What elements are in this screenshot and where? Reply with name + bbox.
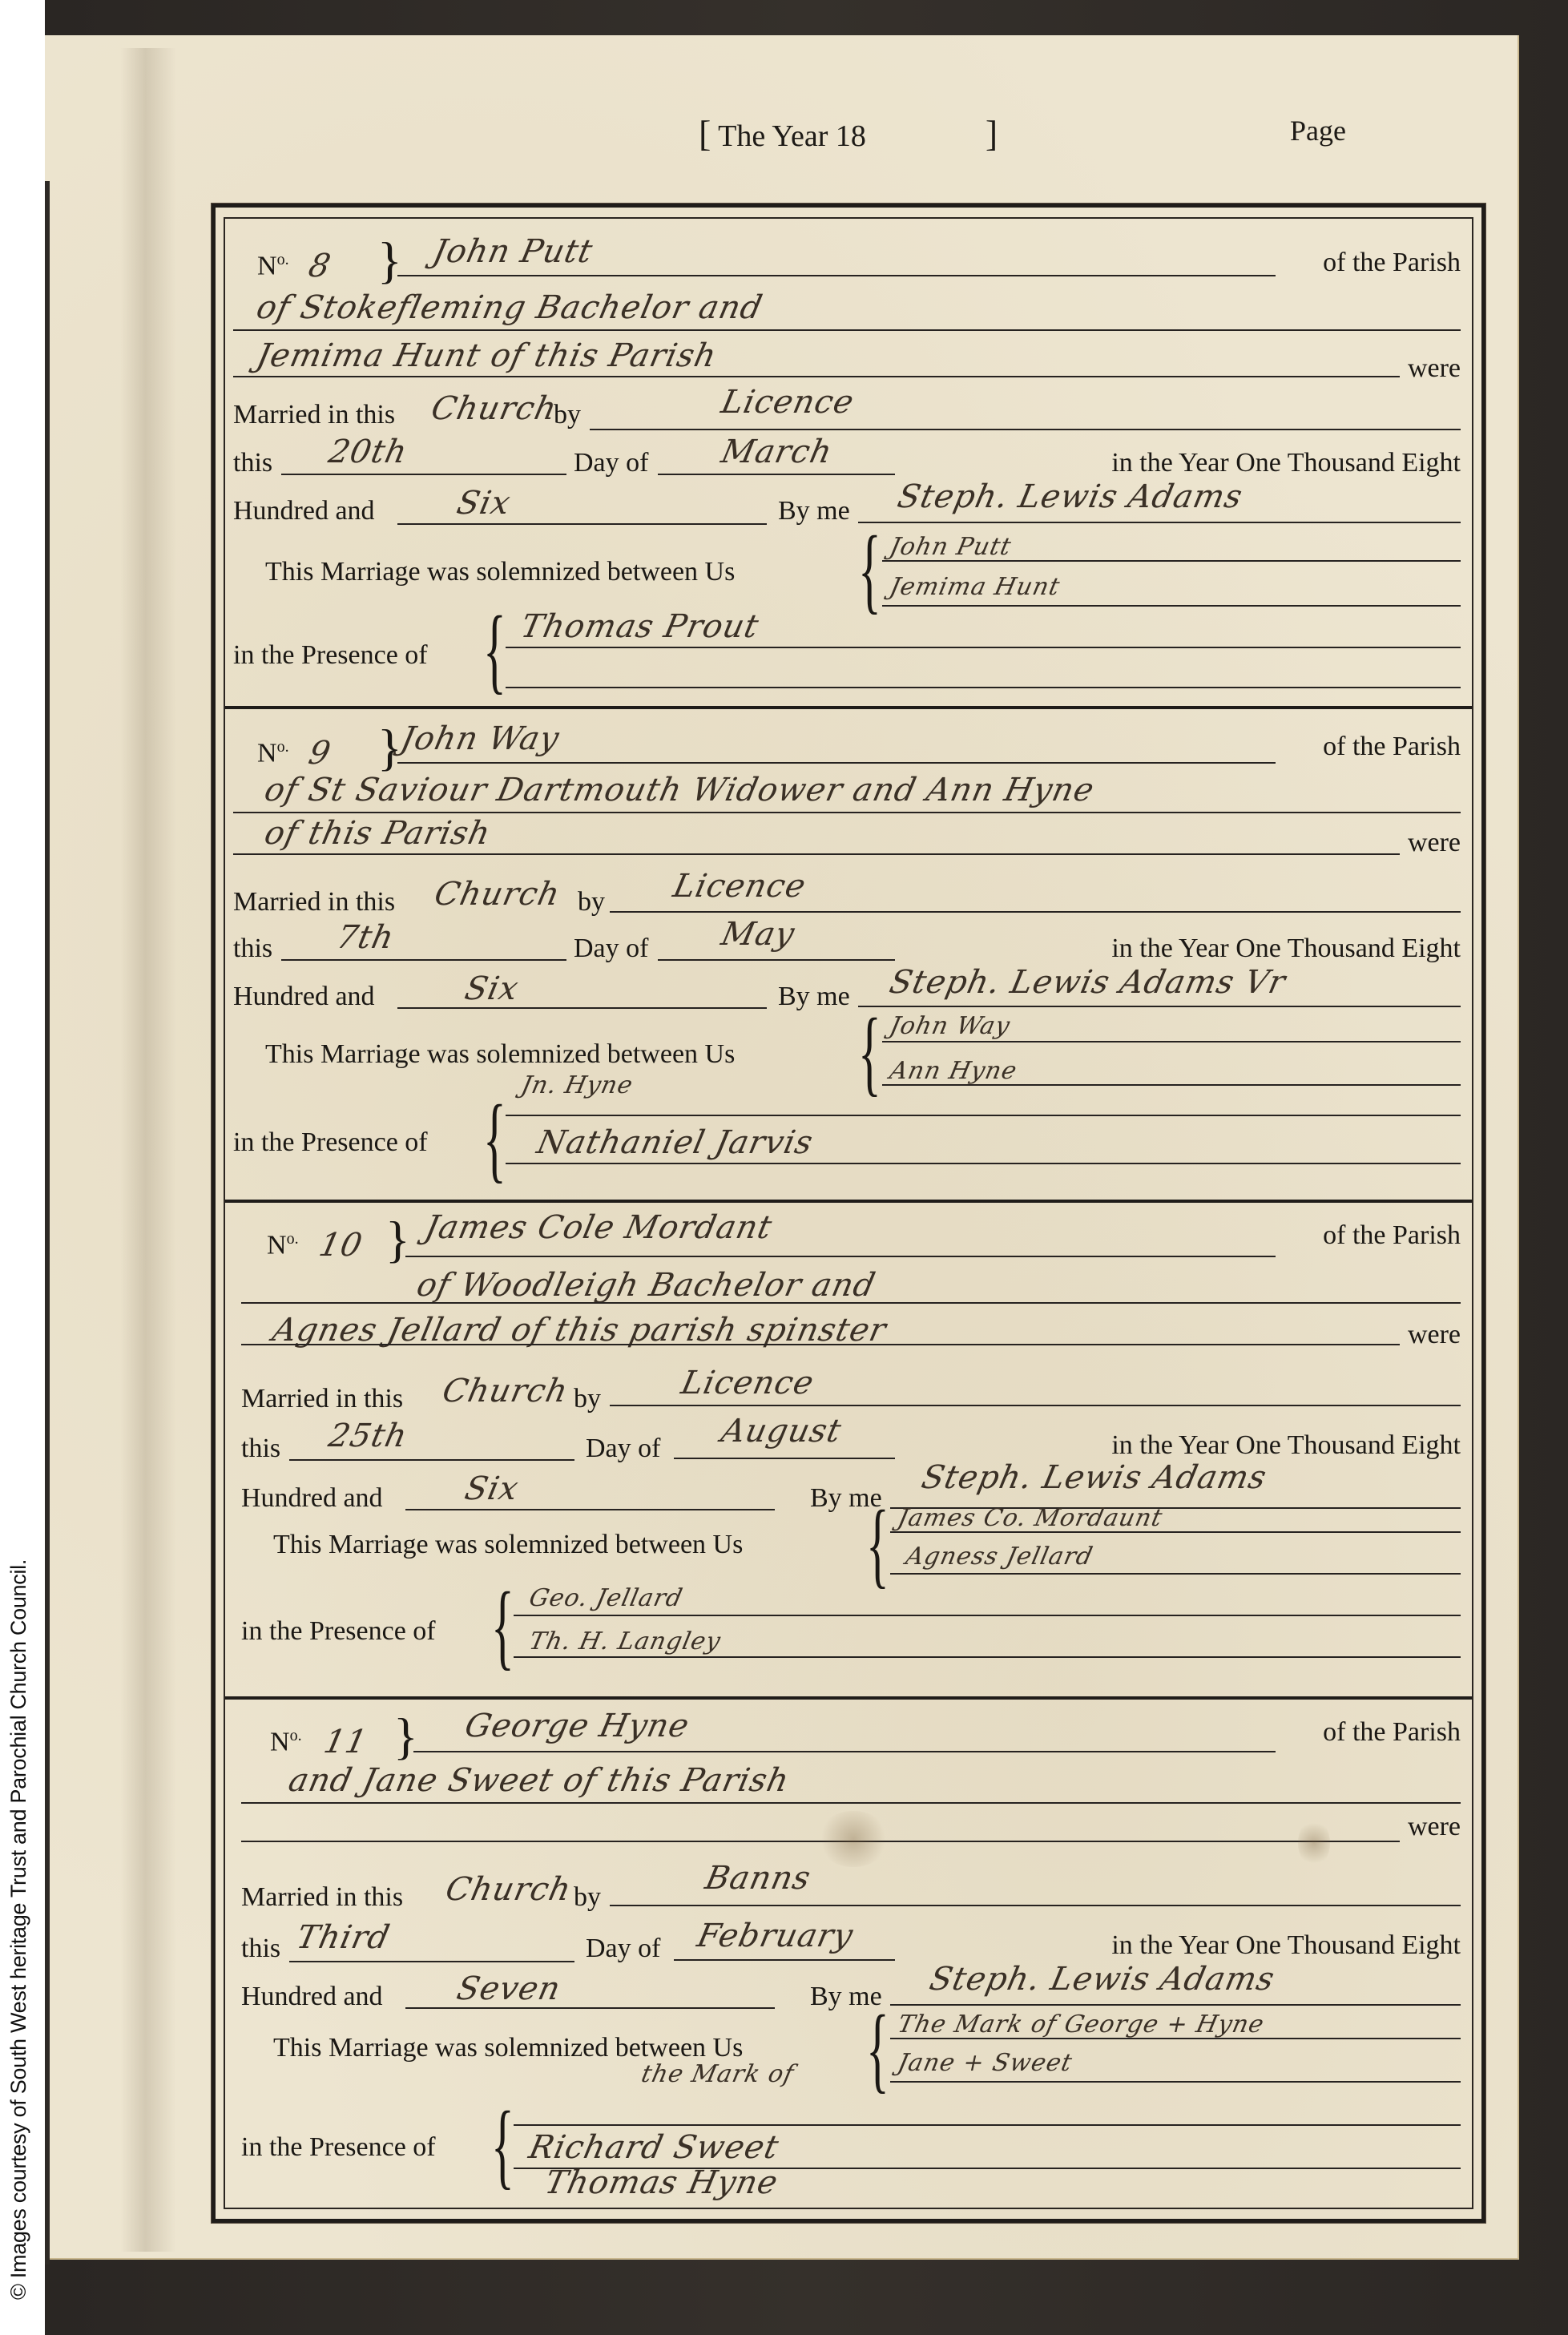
image-credit: © Images courtesy of South West heritage… xyxy=(6,1559,31,2300)
this-label: this xyxy=(233,934,272,964)
groom-name: John Putt xyxy=(429,233,596,270)
year-label: in the Year One Thousand Eight xyxy=(1111,1430,1461,1461)
solemnized-label: This Marriage was solemnized between Us xyxy=(265,557,735,587)
hundred-and-label: Hundred and xyxy=(241,1982,383,2012)
hundred-and-label: Hundred and xyxy=(233,982,375,1012)
signature-2: Jane + Sweet xyxy=(895,2049,1074,2077)
brace: } xyxy=(393,1711,418,1762)
this-label: this xyxy=(233,448,272,478)
entry-line-3: of this Parish xyxy=(261,815,494,852)
day-of-label: Day of xyxy=(574,934,648,964)
brace: { xyxy=(483,602,506,698)
witness-1: Geo. Jellard xyxy=(526,1584,685,1612)
presence-label: in the Presence of xyxy=(241,2132,436,2163)
by-label: by xyxy=(554,400,581,430)
this-label: this xyxy=(241,1434,280,1464)
by-label: by xyxy=(574,1384,601,1414)
close-bracket: ] xyxy=(986,113,998,154)
brace: { xyxy=(858,1004,881,1100)
by-method: Licence xyxy=(678,1365,817,1401)
entry-number-label: No. xyxy=(270,1727,302,1757)
by-me-label: By me xyxy=(778,496,850,526)
place: Church xyxy=(431,876,563,913)
groom-name: John Way xyxy=(397,720,562,757)
header-year: [ The Year 18 ] xyxy=(699,112,998,155)
were-label: were xyxy=(1408,1812,1461,1842)
day-of-label: Day of xyxy=(586,1434,660,1464)
officiant: Steph. Lewis Adams Vr xyxy=(886,964,1289,1001)
solemnized-label: This Marriage was solemnized between Us xyxy=(265,1039,735,1070)
entry-number-label: No. xyxy=(257,738,289,768)
brace: { xyxy=(866,1496,889,1592)
by-me-label: By me xyxy=(778,982,850,1012)
of-the-parish-label: of the Parish xyxy=(1323,1220,1461,1251)
ink-stain xyxy=(817,1811,889,1867)
presence-label: in the Presence of xyxy=(233,1127,428,1158)
signature-1: The Mark of George + Hyne xyxy=(895,2010,1267,2039)
by-label: by xyxy=(578,887,605,917)
place: Church xyxy=(442,1871,574,1908)
groom-name: George Hyne xyxy=(462,1708,693,1744)
left-page-edge xyxy=(45,181,50,2264)
month: August xyxy=(718,1413,844,1450)
entry-number: 11 xyxy=(320,1724,371,1760)
signature-1: John Way xyxy=(887,1012,1013,1040)
officiant: Steph. Lewis Adams xyxy=(926,1961,1278,1998)
year-label: The Year 18 xyxy=(718,119,866,153)
brace: } xyxy=(377,235,402,286)
open-bracket: [ xyxy=(699,113,711,154)
signature-1: John Putt xyxy=(887,533,1014,561)
groom-name: James Cole Mordant xyxy=(421,1209,776,1246)
entry-number-label: No. xyxy=(257,251,289,281)
year-suffix: Six xyxy=(462,970,522,1007)
marriage-entry: No. 10 } James Cole Mordant of the Paris… xyxy=(225,1203,1472,1700)
day: 7th xyxy=(333,919,397,956)
by-label: by xyxy=(574,1882,601,1913)
entry-number-label: No. xyxy=(267,1230,299,1260)
register-frame: No. 8 } John Putt of the Parish of Stoke… xyxy=(212,204,1485,2223)
solemnized-label: This Marriage was solemnized between Us xyxy=(273,1530,743,1560)
brace: } xyxy=(385,1214,410,1265)
witness-1: Thomas Prout xyxy=(518,608,762,645)
entry-line-2: of Stokefleming Bachelor and xyxy=(253,289,766,326)
presence-label: in the Presence of xyxy=(233,640,428,671)
were-label: were xyxy=(1408,1320,1461,1350)
this-label: this xyxy=(241,1934,280,1964)
witness-2: Th. H. Langley xyxy=(526,1627,724,1655)
year-label: in the Year One Thousand Eight xyxy=(1111,1930,1461,1961)
day: 25th xyxy=(325,1418,411,1454)
entry-line-2: of St Saviour Dartmouth Widower and Ann … xyxy=(261,772,1098,809)
married-in-this-label: Married in this xyxy=(241,1882,403,1913)
day: 20th xyxy=(325,434,411,470)
year-suffix: Six xyxy=(462,1470,522,1507)
officiant: Steph. Lewis Adams xyxy=(918,1459,1270,1496)
of-the-parish-label: of the Parish xyxy=(1323,1717,1461,1748)
entry-line-2: of Woodleigh Bachelor and xyxy=(413,1267,879,1304)
brace: { xyxy=(858,522,881,618)
month: February xyxy=(694,1918,857,1954)
married-in-this-label: Married in this xyxy=(241,1384,403,1414)
mark-note: the Mark of xyxy=(639,2060,796,2088)
of-the-parish-label: of the Parish xyxy=(1323,248,1461,278)
hundred-and-label: Hundred and xyxy=(241,1483,383,1514)
ink-stain xyxy=(1298,1819,1330,1867)
were-label: were xyxy=(1408,353,1461,384)
entry-number: 9 xyxy=(305,735,334,772)
entry-line-3: Jemima Hunt of this Parish xyxy=(253,337,720,374)
married-in-this-label: Married in this xyxy=(233,887,395,917)
hundred-and-label: Hundred and xyxy=(233,496,375,526)
witness-2: Thomas Hyne xyxy=(542,2164,781,2201)
month: March xyxy=(718,434,836,470)
marriage-entry: No. 8 } John Putt of the Parish of Stoke… xyxy=(225,219,1472,709)
entry-line-2: and Jane Sweet of this Parish xyxy=(285,1762,792,1799)
witness-1: Jn. Hyne xyxy=(518,1071,635,1099)
page-label: Page xyxy=(1290,114,1346,147)
day: Third xyxy=(293,1919,393,1956)
brace: { xyxy=(491,2097,514,2193)
year-label: in the Year One Thousand Eight xyxy=(1111,448,1461,478)
officiant: Steph. Lewis Adams xyxy=(894,478,1246,515)
gutter-shadow xyxy=(120,48,176,2252)
by-method: Banns xyxy=(702,1860,814,1897)
married-in-this-label: Married in this xyxy=(233,400,395,430)
were-label: were xyxy=(1408,828,1461,858)
solemnized-label: This Marriage was solemnized between Us xyxy=(273,2033,743,2063)
brace: { xyxy=(483,1091,506,1187)
place: Church xyxy=(428,390,560,427)
signature-1: James Co. Mordaunt xyxy=(895,1504,1165,1532)
year-suffix: Seven xyxy=(453,1970,564,2007)
signature-2: Jemima Hunt xyxy=(887,573,1062,601)
presence-label: in the Presence of xyxy=(241,1616,436,1647)
year-label: in the Year One Thousand Eight xyxy=(1111,934,1461,964)
place: Church xyxy=(439,1373,571,1409)
brace: { xyxy=(491,1578,514,1674)
register-inner-frame: No. 8 } John Putt of the Parish of Stoke… xyxy=(224,217,1473,2209)
by-method: Licence xyxy=(718,384,857,421)
year-suffix: Six xyxy=(453,485,514,522)
witness-1: Richard Sweet xyxy=(526,2129,782,2166)
entry-number: 10 xyxy=(316,1227,366,1264)
entry-number: 8 xyxy=(305,248,334,284)
by-method: Licence xyxy=(670,868,809,905)
month: May xyxy=(718,916,798,953)
brace: { xyxy=(866,2001,889,2097)
marriage-entry: No. 9 } John Way of the Parish of St Sav… xyxy=(225,709,1472,1203)
signature-2: Ann Hyne xyxy=(887,1057,1019,1085)
of-the-parish-label: of the Parish xyxy=(1323,732,1461,762)
signature-2: Agness Jellard xyxy=(903,1543,1095,1571)
witness-2: Nathaniel Jarvis xyxy=(534,1124,816,1161)
marriage-entry: No. 11 } George Hyne of the Parish and J… xyxy=(225,1700,1472,2209)
day-of-label: Day of xyxy=(574,448,648,478)
brace: } xyxy=(377,722,402,773)
day-of-label: Day of xyxy=(586,1934,660,1964)
